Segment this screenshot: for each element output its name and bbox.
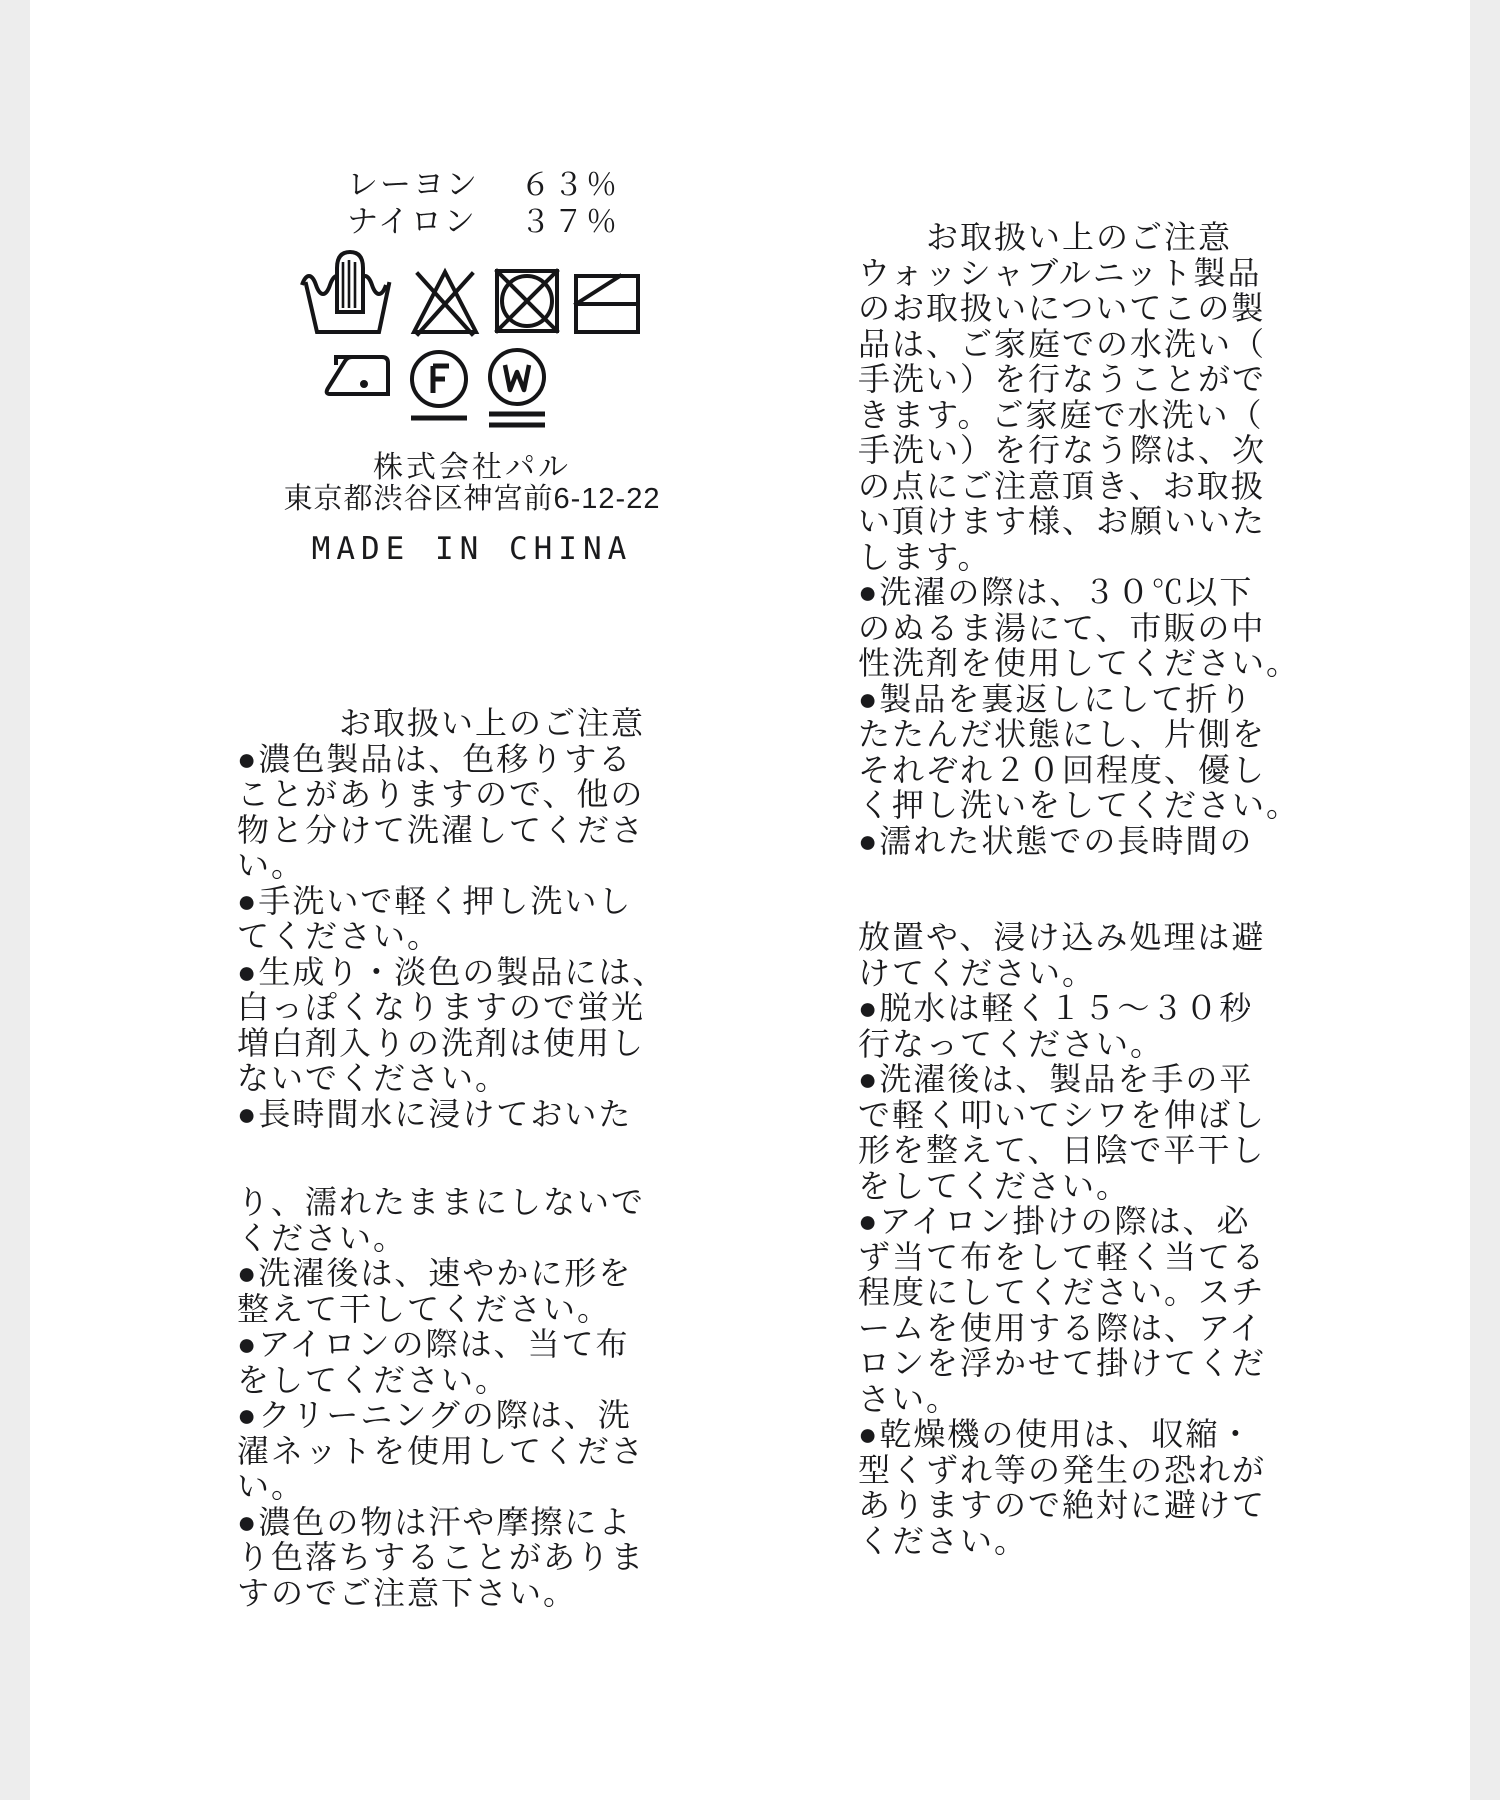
text-line: 程度にしてください。スチ (858, 1275, 1328, 1311)
material-percent: ３７％ (520, 203, 619, 240)
text-line: すのでご注意下さい。 (237, 1576, 707, 1612)
text-line: ありますので絶対に避けて (858, 1488, 1328, 1524)
text-line: 型くずれ等の発生の恐れが (858, 1453, 1328, 1489)
text-line: 増白剤入りの洗剤は使用し (237, 1026, 707, 1062)
text-line: 行なってください。 (858, 1027, 1328, 1063)
text-line: ●濃色の物は汗や摩擦によ (237, 1505, 707, 1541)
country-of-origin: MADE IN CHINA (232, 531, 712, 567)
text-line: てください。 (237, 919, 707, 955)
company-name: 株式会社パル (232, 452, 712, 484)
right-care-notes-block-1: お取扱い上のご注意ウォッシャブルニット製品のお取扱いについてこの製品は、ご家庭で… (858, 220, 1328, 859)
text-line: く押し洗いをしてください。 (858, 788, 1328, 824)
text-line: 品は、ご家庭での水洗い（ (858, 327, 1328, 363)
do-not-tumble-dry-icon (490, 264, 564, 338)
left-care-notes-block-2: り、濡れたままにしないでください。●洗濯後は、速やかに形を整えて干してください。… (237, 1185, 707, 1611)
text-line: ください。 (858, 1524, 1328, 1560)
care-symbols-row-1 (296, 238, 644, 338)
text-line: ●クリーニングの際は、洗 (237, 1398, 707, 1434)
text-line: ●手洗いで軽く押し洗いし (237, 884, 707, 920)
text-line: ●長時間水に浸けておいた (237, 1097, 707, 1133)
text-line: い。 (237, 1469, 707, 1505)
dry-clean-petroleum-f-icon (406, 346, 472, 426)
scan-edge-right (1470, 0, 1500, 1800)
text-line: 形を整えて、日陰で平干し (858, 1133, 1328, 1169)
text-line: り、濡れたままにしないで (237, 1185, 707, 1221)
text-line: さい。 (858, 1382, 1328, 1418)
text-line: の点にご注意頂き、お取扱 (858, 469, 1328, 505)
text-line: 整えて干してください。 (237, 1292, 707, 1328)
text-line: お取扱い上のご注意 (237, 706, 707, 742)
left-care-notes-block-1: お取扱い上のご注意●濃色製品は、色移りすることがありますので、他の物と分けて洗濯… (237, 706, 707, 1132)
text-line: 物と分けて洗濯してくださ (237, 813, 707, 849)
text-line: ●洗濯後は、製品を手の平 (858, 1062, 1328, 1098)
text-line: をしてください。 (237, 1363, 707, 1399)
text-line: お取扱い上のご注意 (858, 220, 1328, 256)
text-line: ●アイロンの際は、当て布 (237, 1327, 707, 1363)
text-line: ないでください。 (237, 1061, 707, 1097)
material-percent: ６３％ (520, 166, 619, 203)
text-line: ●濃色製品は、色移りする (237, 742, 707, 778)
text-line: い。 (237, 848, 707, 884)
company-address: 東京都渋谷区神宮前6-12-22 (232, 484, 712, 515)
text-line: ●生成り・淡色の製品には、 (237, 955, 707, 991)
text-line: で軽く叩いてシワを伸ばし (858, 1098, 1328, 1134)
company-block: 株式会社パル 東京都渋谷区神宮前6-12-22 MADE IN CHINA (232, 452, 712, 567)
text-line: 手洗い）を行なう際は、次 (858, 433, 1328, 469)
iron-low-heat-icon (322, 346, 394, 400)
text-line: たたんだ状態にし、片側を (858, 717, 1328, 753)
text-line: します。 (858, 540, 1328, 576)
right-care-notes-block-2: 放置や、浸け込み処理は避けてください。●脱水は軽く１５～３０秒行なってください。… (858, 920, 1328, 1559)
do-not-bleach-icon (406, 264, 484, 338)
text-line: ームを使用する際は、アイ (858, 1311, 1328, 1347)
text-line: ロンを浮かせて掛けてくだ (858, 1346, 1328, 1382)
text-line: ウォッシャブルニット製品 (858, 256, 1328, 292)
composition-row: レーヨン ６３％ (347, 166, 619, 203)
text-line: ●濡れた状態での長時間の (858, 824, 1328, 860)
fabric-composition: レーヨン ６３％ ナイロン ３７％ (347, 166, 619, 240)
text-line: 放置や、浸け込み処理は避 (858, 920, 1328, 956)
text-line: きます。ご家庭で水洗い（ (858, 398, 1328, 434)
text-line: 濯ネットを使用してくださ (237, 1434, 707, 1470)
text-line: それぞれ２０回程度、優し (858, 753, 1328, 789)
wet-clean-w-icon (484, 346, 550, 434)
text-line: ●脱水は軽く１５～３０秒 (858, 991, 1328, 1027)
hand-wash-icon (296, 238, 400, 338)
text-line: ●アイロン掛けの際は、必 (858, 1204, 1328, 1240)
text-line: 性洗剤を使用してください。 (858, 646, 1328, 682)
flat-dry-in-shade-icon (570, 270, 644, 338)
scan-edge-left (0, 0, 30, 1800)
text-line: ください。 (237, 1221, 707, 1257)
composition-row: ナイロン ３７％ (347, 203, 619, 240)
text-line: 手洗い）を行なうことがで (858, 362, 1328, 398)
text-line: 白っぽくなりますので蛍光 (237, 990, 707, 1026)
text-line: り色落ちすることがありま (237, 1540, 707, 1576)
text-line: ことがありますので、他の (237, 777, 707, 813)
care-symbols-row-2 (322, 346, 550, 434)
text-line: ●洗濯の際は、３０℃以下 (858, 575, 1328, 611)
material-name: レーヨン (347, 166, 479, 203)
text-line: けてください。 (858, 956, 1328, 992)
text-line: ●乾燥機の使用は、収縮・ (858, 1417, 1328, 1453)
text-line: をしてください。 (858, 1169, 1328, 1205)
text-line: い頂けます様、お願いいた (858, 504, 1328, 540)
text-line: ●洗濯後は、速やかに形を (237, 1256, 707, 1292)
text-line: のぬるま湯にて、市販の中 (858, 611, 1328, 647)
text-line: のお取扱いについてこの製 (858, 291, 1328, 327)
care-label-scan: { "composition": { "rows": [ { "material… (0, 0, 1500, 1800)
text-line: ●製品を裏返しにして折り (858, 682, 1328, 718)
material-name: ナイロン (347, 203, 477, 240)
text-line: ず当て布をして軽く当てる (858, 1240, 1328, 1276)
